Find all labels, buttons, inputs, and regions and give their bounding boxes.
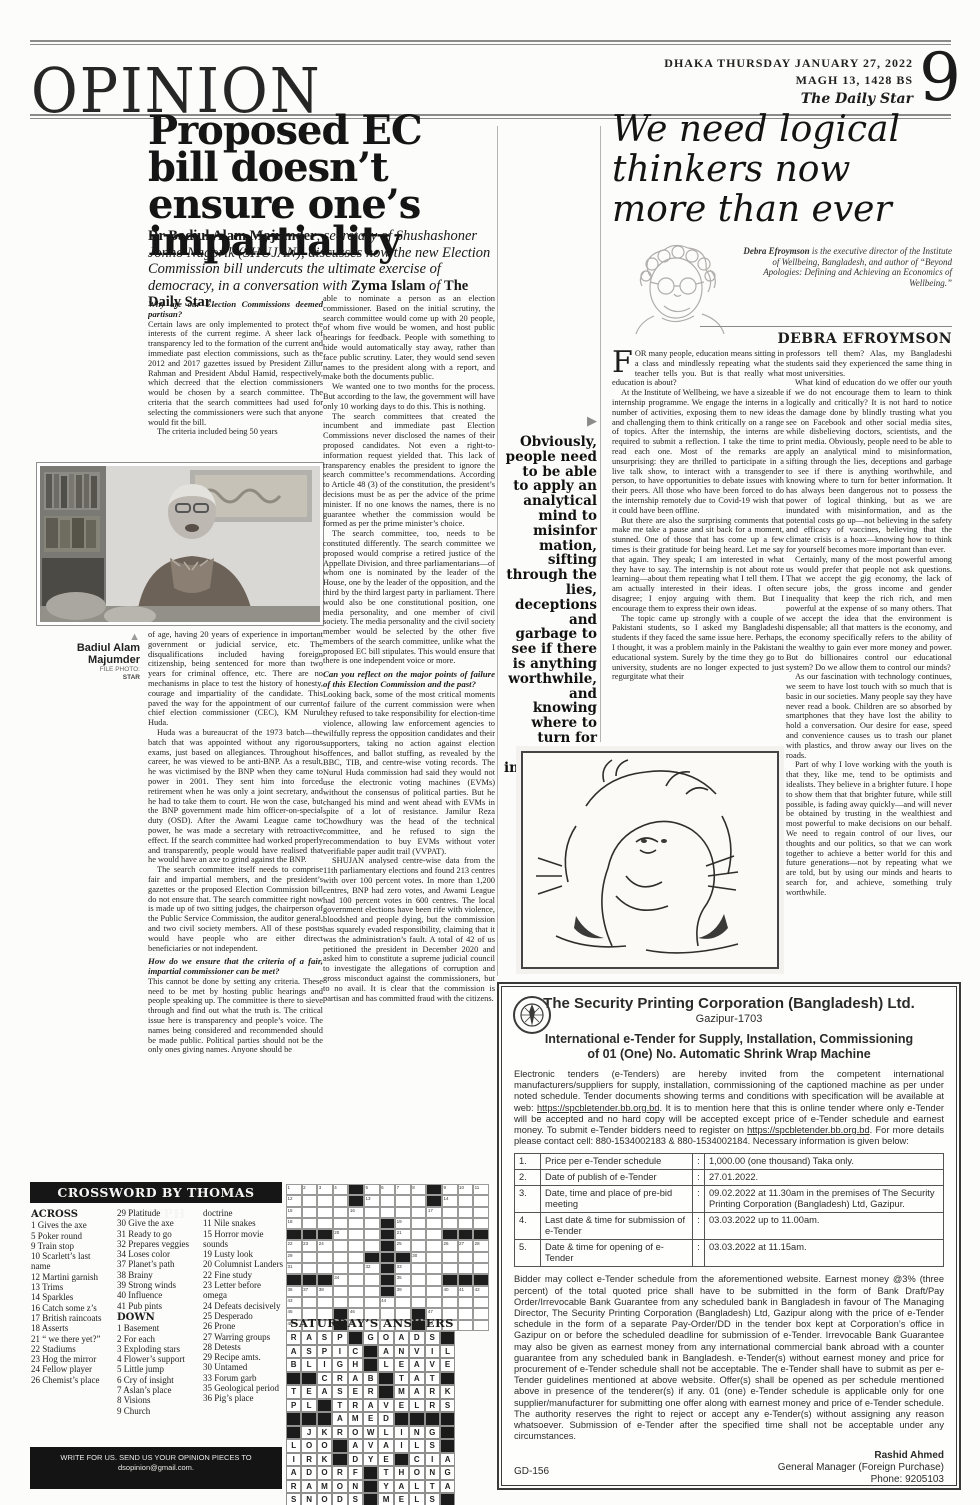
grid-black-cell	[380, 1274, 396, 1285]
grid-cell	[458, 1263, 474, 1274]
grid-cell	[333, 1240, 349, 1251]
ad-row-colon: :	[693, 1170, 705, 1185]
crossword-clue: 9 Church	[117, 1406, 197, 1416]
answer-letter-cell: E	[301, 1385, 316, 1399]
grid-cell: 30	[411, 1252, 427, 1263]
crossword-clue: doctrine	[203, 1208, 283, 1218]
grid-black-cell	[302, 1274, 318, 1285]
answer-letter-cell: A	[348, 1439, 363, 1453]
grid-cell	[411, 1286, 427, 1297]
crossword-clue: 38 Brainy	[117, 1270, 197, 1280]
answer-letter-cell: T	[286, 1385, 301, 1399]
grid-cell	[317, 1297, 333, 1308]
crossword-clue-column: doctrine11 Nile snakes15 Horror movie so…	[203, 1208, 283, 1443]
grid-cell: 28	[473, 1240, 489, 1251]
grid-black-cell	[442, 1274, 458, 1285]
crossword-clue: 2 For each	[117, 1334, 197, 1344]
grid-cell: 36	[286, 1286, 302, 1297]
grid-black-cell	[286, 1274, 302, 1285]
badiul-photo	[36, 462, 324, 626]
crossword-clue: 12 Martini garnish	[31, 1272, 111, 1282]
answers-grid: RASPGOADSASPICANVILBLIGHLEAVECRABTATTEAS…	[286, 1331, 455, 1505]
grid-cell	[426, 1218, 442, 1229]
answer-black-cell	[394, 1453, 409, 1467]
grid-cell	[458, 1252, 474, 1263]
answer-letter-cell: A	[378, 1439, 393, 1453]
answer-letter-cell: D	[348, 1453, 363, 1467]
answer-letter-cell: I	[332, 1345, 347, 1359]
grid-cell	[411, 1218, 427, 1229]
grid-cell	[426, 1252, 442, 1263]
answer-letter-cell: T	[425, 1372, 440, 1386]
crossword-clue: 11 Nile snakes	[203, 1218, 283, 1228]
answer-letter-cell: G	[425, 1426, 440, 1440]
crossword-clue-column: 29 Platitude30 Give the axe31 Ready to g…	[117, 1208, 197, 1443]
grid-cell: 6	[380, 1184, 396, 1195]
crossword-clue: 6 Cry of insight	[117, 1375, 197, 1385]
grid-cell: 8	[411, 1184, 427, 1195]
grid-cell	[333, 1207, 349, 1218]
photo-caption: ▲ Badiul Alam Majumder FILE PHOTO: STAR	[36, 632, 140, 682]
answer-letter-cell: A	[332, 1412, 347, 1426]
answer-letter-cell: A	[301, 1331, 316, 1345]
grid-black-cell	[442, 1229, 458, 1240]
grid-cell: 26	[442, 1240, 458, 1251]
answer-letter-cell: R	[332, 1426, 347, 1440]
grid-cell	[333, 1297, 349, 1308]
header-rule-thin	[30, 44, 951, 45]
crossword-clue: 1 Basement	[117, 1323, 197, 1333]
badiul-photo-image	[40, 466, 320, 622]
crossword-clue: 23 Hog the mirror	[31, 1354, 111, 1364]
ad-row-value: 03.03.2022 up to 11.00am.	[705, 1213, 943, 1239]
answer-black-cell	[363, 1493, 378, 1505]
answer-black-cell	[348, 1331, 363, 1345]
right-article-col1: FOR many people, education means sitting…	[612, 349, 784, 763]
crossword-clue-column: ACROSS1 Gives the axe5 Poker round9 Trai…	[31, 1208, 111, 1443]
answer-letter-cell: S	[301, 1345, 316, 1359]
grid-cell	[442, 1252, 458, 1263]
answer-letter-cell: T	[332, 1399, 347, 1413]
page-number: 9	[919, 48, 961, 108]
byline-rule	[700, 326, 952, 327]
answer-letter-cell: A	[317, 1385, 332, 1399]
ad-tender-title: International e-Tender for Supply, Insta…	[514, 1032, 944, 1062]
crossword-clue: 15 Horror movie sounds	[203, 1229, 283, 1250]
grid-cell: 7	[395, 1184, 411, 1195]
grid-cell	[426, 1286, 442, 1297]
grid-cell	[411, 1274, 427, 1285]
grid-cell	[473, 1263, 489, 1274]
header-rule-thick	[30, 40, 951, 42]
answer-letter-cell: O	[332, 1480, 347, 1494]
answer-letter-cell: A	[409, 1385, 424, 1399]
crossword-clue: 16 Catch some z’s	[31, 1303, 111, 1313]
answer-letter-cell: P	[332, 1331, 347, 1345]
grid-cell: 37	[302, 1286, 318, 1297]
crossword-clue: 30 Give the axe	[117, 1218, 197, 1228]
grid-black-cell	[380, 1218, 396, 1229]
crossword-clue: 18 Asserts	[31, 1323, 111, 1333]
grid-cell: 39	[395, 1286, 411, 1297]
grid-cell	[364, 1229, 380, 1240]
grid-cell	[458, 1207, 474, 1218]
grid-cell	[473, 1297, 489, 1308]
answer-letter-cell: T	[394, 1372, 409, 1386]
answer-letter-cell: B	[363, 1372, 378, 1386]
grid-cell: 16	[348, 1207, 364, 1218]
ad-company-name: The Security Printing Corporation (Bangl…	[514, 995, 944, 1012]
answer-letter-cell: G	[363, 1331, 378, 1345]
crossword-clue: 13 Trims	[31, 1282, 111, 1292]
answer-letter-cell: I	[425, 1453, 440, 1467]
grid-cell: 9	[442, 1184, 458, 1195]
caption-credit-label: FILE PHOTO:	[36, 666, 140, 674]
answer-letter-cell: E	[440, 1358, 455, 1372]
grid-cell: 11	[473, 1184, 489, 1195]
pullquote-arrow-right-icon: ▶	[504, 415, 597, 427]
ad-city: Gazipur-1703	[514, 1013, 944, 1025]
crossword-clue: 4 Flower’s support	[117, 1354, 197, 1364]
grid-cell	[302, 1195, 318, 1206]
answer-letter-cell: G	[332, 1358, 347, 1372]
answer-letter-cell: Y	[363, 1453, 378, 1467]
answer-letter-cell: O	[317, 1466, 332, 1480]
ad-row-value: 27.01.2022.	[705, 1170, 943, 1185]
crossword-clue: 30 Untamed	[203, 1362, 283, 1372]
grid-cell	[458, 1218, 474, 1229]
grid-cell: 35	[395, 1274, 411, 1285]
answer-letter-cell: O	[348, 1426, 363, 1440]
grid-cell	[411, 1297, 427, 1308]
answer-letter-cell: C	[348, 1345, 363, 1359]
ad-row-value: 1,000.00 (one thousand) Taka only.	[705, 1154, 943, 1169]
grid-cell	[473, 1252, 489, 1263]
answer-letter-cell: D	[409, 1331, 424, 1345]
grid-cell	[348, 1229, 364, 1240]
answer-letter-cell: N	[301, 1493, 316, 1505]
grid-cell	[333, 1286, 349, 1297]
answer-letter-cell: L	[409, 1399, 424, 1413]
answer-letter-cell: L	[378, 1426, 393, 1440]
grid-cell: 3	[317, 1184, 333, 1195]
crossword-clue: 22 Stadiums	[31, 1344, 111, 1354]
pull-quote: Obviously, people need to be able to app…	[504, 435, 597, 775]
grid-cell	[333, 1252, 349, 1263]
grid-cell	[395, 1195, 411, 1206]
grid-cell	[364, 1207, 380, 1218]
answer-letter-cell: L	[378, 1358, 393, 1372]
grid-cell	[473, 1320, 489, 1331]
answer-letter-cell: Y	[378, 1480, 393, 1494]
answer-black-cell	[286, 1426, 301, 1440]
answer-black-cell	[440, 1493, 455, 1505]
answer-letter-cell: A	[378, 1345, 393, 1359]
answer-black-cell	[409, 1412, 424, 1426]
answer-letter-cell: R	[348, 1399, 363, 1413]
ad-table-row: 4.Last date & time for submission of e-T…	[515, 1213, 943, 1240]
grid-cell: 23	[302, 1240, 318, 1251]
crossword-clue: 28 Detests	[203, 1342, 283, 1352]
answer-letter-cell: L	[301, 1399, 316, 1413]
answer-letter-cell: J	[301, 1426, 316, 1440]
answer-letter-cell: I	[317, 1358, 332, 1372]
grid-cell: 15	[286, 1207, 302, 1218]
grid-cell	[302, 1263, 318, 1274]
grid-cell	[411, 1207, 427, 1218]
grid-cell	[317, 1195, 333, 1206]
ad-signatory-phone: Phone: 9205103	[514, 1474, 944, 1486]
crossword-clue: 31 Ready to go	[117, 1229, 197, 1239]
answer-letter-cell: E	[363, 1412, 378, 1426]
crossword-clue: 24 Fellow player	[31, 1364, 111, 1374]
ad-intro-paragraph: Electronic tenders (e-Tenders) are hereb…	[514, 1069, 944, 1147]
crossword-clue: 1 Gives the axe	[31, 1220, 111, 1230]
answer-letter-cell: L	[409, 1480, 424, 1494]
grid-black-cell	[458, 1274, 474, 1285]
grid-cell: 10	[458, 1184, 474, 1195]
crossword-clue: 26 Prone	[203, 1321, 283, 1331]
grid-cell: 41	[458, 1286, 474, 1297]
answer-letter-cell: O	[317, 1493, 332, 1505]
grid-cell	[317, 1252, 333, 1263]
crossword-clue: 17 British raincoats	[31, 1313, 111, 1323]
answer-letter-cell: A	[409, 1372, 424, 1386]
grid-cell	[348, 1240, 364, 1251]
answer-letter-cell: I	[394, 1426, 409, 1440]
answer-letter-cell: B	[286, 1358, 301, 1372]
grid-cell	[473, 1308, 489, 1319]
crossword-clue: 22 Fine study	[203, 1270, 283, 1280]
grid-cell: 33	[395, 1263, 411, 1274]
grid-black-cell	[380, 1229, 396, 1240]
answer-letter-cell: V	[425, 1358, 440, 1372]
answer-black-cell	[363, 1358, 378, 1372]
answer-letter-cell: C	[409, 1453, 424, 1467]
answer-letter-cell: P	[286, 1399, 301, 1413]
answer-letter-cell: A	[286, 1466, 301, 1480]
answer-letter-cell: S	[317, 1331, 332, 1345]
answer-letter-cell: L	[301, 1358, 316, 1372]
grid-cell: 29	[286, 1252, 302, 1263]
write-for-us-line1: WRITE FOR US. SEND US YOUR OPINION PIECE…	[30, 1453, 282, 1463]
ad-row-number: 1.	[515, 1154, 541, 1169]
answer-letter-cell: T	[378, 1466, 393, 1480]
crossword-clue: 40 Influence	[117, 1290, 197, 1300]
grid-black-cell	[317, 1274, 333, 1285]
ad-row-colon: :	[693, 1186, 705, 1212]
answer-letter-cell: T	[425, 1480, 440, 1494]
grid-cell: 34	[333, 1274, 349, 1285]
grid-cell	[442, 1218, 458, 1229]
grid-cell	[302, 1218, 318, 1229]
grid-cell	[348, 1286, 364, 1297]
grid-cell	[364, 1274, 380, 1285]
grid-cell	[364, 1218, 380, 1229]
answer-letter-cell: S	[425, 1493, 440, 1505]
ad-row-label: Last date & time for submission of e-Ten…	[541, 1213, 693, 1239]
grid-cell	[317, 1218, 333, 1229]
ad-signatory-name: Rashid Ahmed	[514, 1450, 944, 1462]
answer-black-cell	[394, 1412, 409, 1426]
grid-cell: 21	[395, 1229, 411, 1240]
grid-cell: 4	[333, 1184, 349, 1195]
answer-letter-cell: N	[425, 1466, 440, 1480]
grid-cell: 32	[364, 1263, 380, 1274]
grid-cell	[473, 1207, 489, 1218]
ad-terms-paragraph: Bidder may collect e-Tender schedule fro…	[514, 1274, 944, 1442]
grid-cell: 20	[333, 1229, 349, 1240]
ad-table-row: 2.Date of publish of e-Tender:27.01.2022…	[515, 1170, 943, 1186]
crossword-clue: 14 Sparkles	[31, 1292, 111, 1302]
grid-cell	[426, 1240, 442, 1251]
ad-tender-title-line2: of 01 (One) No. Automatic Shrink Wrap Ma…	[514, 1047, 944, 1062]
grid-cell	[302, 1252, 318, 1263]
grid-black-cell	[473, 1274, 489, 1285]
grid-black-cell	[286, 1229, 302, 1240]
crossword-clue: 39 Strong winds	[117, 1280, 197, 1290]
grid-black-cell	[380, 1240, 396, 1251]
answer-letter-cell: R	[301, 1453, 316, 1467]
crossword-clue: 24 Defeats decisively	[203, 1301, 283, 1311]
answer-letter-cell: N	[409, 1426, 424, 1440]
answer-letter-cell: M	[378, 1493, 393, 1505]
grid-black-cell	[395, 1252, 411, 1263]
crossword-clue: 35 Geological period	[203, 1383, 283, 1393]
ad-row-label: Date & time for opening of e-Tender	[541, 1240, 693, 1266]
right-article-col2: professors tell them? Alas, my Banglades…	[786, 349, 952, 975]
crossword-clue: 27 Warring groups	[203, 1332, 283, 1342]
clue-section-header: DOWN	[117, 1313, 197, 1323]
grid-cell: 38	[317, 1286, 333, 1297]
grid-cell: 42	[473, 1286, 489, 1297]
write-for-us-banner: WRITE FOR US. SEND US YOUR OPINION PIECE…	[30, 1447, 282, 1489]
grid-cell: 5	[364, 1184, 380, 1195]
answer-letter-cell: R	[425, 1399, 440, 1413]
ad-signatory-title: General Manager (Foreign Purchase)	[514, 1462, 944, 1474]
brand-logo: The Daily Star	[590, 91, 913, 107]
answer-letter-cell: N	[348, 1480, 363, 1494]
ad-table-row: 3.Date, time and place of pre-bid meetin…	[515, 1186, 943, 1213]
answer-black-cell	[378, 1372, 393, 1386]
author-byline: DEBRA EFROYMSON	[612, 331, 952, 347]
tender-ad-inner: The Security Printing Corporation (Bangl…	[501, 986, 957, 1486]
dateline-date: DHAKA THURSDAY JANUARY 27, 2022	[590, 56, 913, 71]
grid-cell	[473, 1195, 489, 1206]
grid-cell	[442, 1263, 458, 1274]
answer-letter-cell: H	[348, 1358, 363, 1372]
dateline-bangla-date: MAGH 13, 1428 BS	[590, 73, 913, 88]
caption-credit: STAR	[36, 674, 140, 682]
grid-cell: 18	[286, 1218, 302, 1229]
ad-row-number: 2.	[515, 1170, 541, 1185]
answer-letter-cell: M	[348, 1412, 363, 1426]
tender-ad: The Security Printing Corporation (Bangl…	[497, 982, 961, 1490]
answer-black-cell	[440, 1439, 455, 1453]
answer-letter-cell: O	[409, 1466, 424, 1480]
crossword-clue: 32 Prepares veggies	[117, 1239, 197, 1249]
crossword-clue: 20 Columnist Landers	[203, 1259, 283, 1269]
grid-cell: 14	[442, 1195, 458, 1206]
grid-cell	[442, 1297, 458, 1308]
grid-cell	[380, 1207, 396, 1218]
answer-letter-cell: K	[440, 1385, 455, 1399]
grid-cell	[348, 1263, 364, 1274]
grid-cell	[395, 1207, 411, 1218]
write-for-us-email: dsopinion@gmail.com.	[30, 1463, 282, 1473]
answer-black-cell	[363, 1480, 378, 1494]
ad-gd-code: GD-156	[514, 1466, 549, 1477]
answer-letter-cell: E	[394, 1358, 409, 1372]
answer-letter-cell: S	[425, 1331, 440, 1345]
ad-tender-title-line1: International e-Tender for Supply, Insta…	[514, 1032, 944, 1047]
ad-schedule-table: 1.Price per e-Tender schedule:1,000.00 (…	[514, 1153, 944, 1267]
answer-letter-cell: A	[440, 1480, 455, 1494]
grid-cell	[458, 1297, 474, 1308]
answers-title: SATURDAY’S ANSWERS	[284, 1316, 460, 1330]
grid-cell	[395, 1297, 411, 1308]
answer-black-cell	[425, 1412, 440, 1426]
answer-letter-cell: A	[348, 1372, 363, 1386]
answer-letter-cell: D	[301, 1466, 316, 1480]
crossword-grid: 1234567891011121314151617181920212223242…	[286, 1184, 489, 1331]
answer-black-cell	[440, 1372, 455, 1386]
grid-cell	[333, 1263, 349, 1274]
answer-black-cell	[301, 1372, 316, 1386]
answer-letter-cell: D	[332, 1493, 347, 1505]
crossword-clue: 8 Visions	[117, 1395, 197, 1405]
crossword-clue: 10 Scarlett’s last name	[31, 1251, 111, 1272]
answer-letter-cell: S	[348, 1493, 363, 1505]
answer-black-cell	[378, 1385, 393, 1399]
left-article-col1-bottom: of age, having 20 years of experience in…	[148, 630, 323, 1178]
answer-letter-cell: I	[425, 1345, 440, 1359]
grid-cell: 12	[286, 1195, 302, 1206]
answer-letter-cell: R	[363, 1385, 378, 1399]
grid-black-cell	[380, 1263, 396, 1274]
answer-letter-cell: A	[301, 1480, 316, 1494]
crossword-clue: 33 Forum garb	[203, 1373, 283, 1383]
answer-letter-cell: A	[394, 1331, 409, 1345]
answer-letter-cell: E	[394, 1493, 409, 1505]
crossword-clue: 19 Lusty look	[203, 1249, 283, 1259]
grid-cell	[364, 1240, 380, 1251]
article-illustration	[516, 746, 784, 974]
caption-name: Badiul Alam Majumder	[36, 642, 140, 666]
ad-row-number: 4.	[515, 1213, 541, 1239]
grid-cell	[442, 1207, 458, 1218]
grid-cell: 19	[395, 1218, 411, 1229]
clue-section-header: ACROSS	[31, 1210, 111, 1220]
crossword-clue: 34 Loses color	[117, 1249, 197, 1259]
answer-letter-cell: K	[317, 1453, 332, 1467]
answer-letter-cell: E	[348, 1385, 363, 1399]
answer-black-cell	[286, 1372, 301, 1386]
answer-letter-cell: R	[425, 1385, 440, 1399]
answer-letter-cell: R	[286, 1331, 301, 1345]
crossword-title: CROSSWORD BY THOMAS JOSEPH	[30, 1182, 282, 1203]
grid-cell	[317, 1263, 333, 1274]
grid-cell: 25	[395, 1240, 411, 1251]
answer-black-cell	[332, 1453, 347, 1467]
grid-black-cell	[348, 1184, 364, 1195]
answer-letter-cell: A	[394, 1480, 409, 1494]
answer-letter-cell: P	[317, 1345, 332, 1359]
crossword-clue: 29 Recipe amts.	[203, 1352, 283, 1362]
grid-black-cell	[380, 1252, 396, 1263]
answer-black-cell	[286, 1412, 301, 1426]
answer-letter-cell: I	[394, 1439, 409, 1453]
